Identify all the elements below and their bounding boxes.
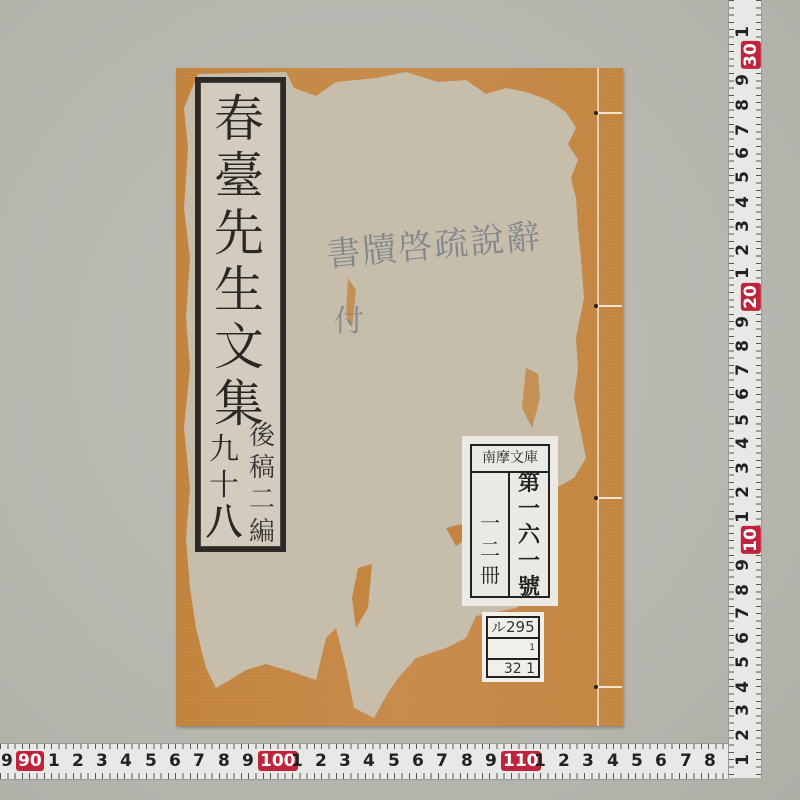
ruler-number: 2	[733, 729, 753, 741]
handwritten-note-line2: 付	[334, 296, 364, 340]
ruler-number: 6	[733, 147, 753, 159]
horizontal-ruler: 99012345678910012345678911012345678	[0, 743, 728, 780]
ruler-number: 20	[741, 283, 761, 311]
ruler-number: 9	[1, 751, 13, 771]
ruler-number: 1	[534, 751, 546, 771]
ruler-number: 2	[72, 751, 84, 771]
binding-stitch	[594, 686, 622, 689]
volume-count-char: 冊	[480, 562, 500, 588]
ruler-number: 1	[733, 267, 753, 279]
ruler-number: 3	[96, 751, 108, 771]
ruler-number: 3	[733, 704, 753, 716]
title-char: 臺	[214, 148, 264, 205]
catalog-char: 六	[518, 522, 540, 548]
ruler-number: 5	[733, 171, 753, 183]
subtitle: 後 稿 二 編	[249, 420, 275, 548]
ruler-number: 8	[733, 584, 753, 596]
ruler-number: 9	[733, 74, 753, 86]
ruler-number: 8	[461, 751, 473, 771]
ruler-number: 9	[242, 751, 254, 771]
ruler-number: 3	[582, 751, 594, 771]
book-title: 春 臺 先 生 文 集	[209, 91, 269, 433]
ruler-number: 7	[733, 607, 753, 619]
ruler-number: 6	[733, 388, 753, 400]
volume-char: 十	[209, 468, 239, 504]
ruler-number: 7	[436, 751, 448, 771]
ruler-number: 3	[733, 462, 753, 474]
volume-count: 一 二 冊	[472, 473, 510, 596]
title-char: 生	[214, 262, 264, 319]
subtitle-char: 稿	[249, 452, 275, 484]
volume-count-char: 一	[480, 510, 500, 536]
volume-number: 九 十 八	[206, 432, 242, 540]
ruler-number: 6	[169, 751, 181, 771]
ruler-number: 5	[631, 751, 643, 771]
ruler-number: 4	[733, 681, 753, 693]
library-label: 南摩文庫 第 一 六 一 號 一 二 冊	[462, 436, 558, 606]
ruler-number: 9	[485, 751, 497, 771]
book-cover: 春 臺 先 生 文 集 九 十 八 後 稿 二 編 書牘啓疏說辭 付 南摩文庫 …	[176, 68, 623, 726]
catalog-number: 第 一 六 一 號	[510, 473, 548, 596]
ruler-number: 9	[733, 316, 753, 328]
ruler-number: 7	[680, 751, 692, 771]
binding-stitch	[594, 112, 622, 115]
ruler-number: 6	[655, 751, 667, 771]
ruler-number: 90	[16, 751, 44, 771]
call-number-row: 1	[488, 639, 538, 660]
ruler-number: 4	[120, 751, 132, 771]
ruler-number: 1	[291, 751, 303, 771]
ruler-number: 4	[733, 196, 753, 208]
catalog-char: 號	[518, 574, 540, 600]
catalog-char: 一	[518, 548, 540, 574]
catalog-char: 第	[518, 470, 540, 496]
binding-stitch	[594, 305, 622, 308]
volume-char: 九	[209, 432, 239, 468]
call-number-sticker: ル295 1 32 1	[482, 612, 544, 682]
ruler-number: 10	[741, 526, 761, 554]
ruler-number: 2	[315, 751, 327, 771]
ruler-number: 3	[339, 751, 351, 771]
ruler-number: 1	[48, 751, 60, 771]
ruler-number: 5	[388, 751, 400, 771]
binding-stitch	[594, 497, 622, 500]
call-number-row: ル295	[488, 618, 538, 639]
ruler-number: 7	[193, 751, 205, 771]
library-label-frame: 南摩文庫 第 一 六 一 號 一 二 冊	[470, 444, 550, 598]
vertical-ruler: 1309876543212098765432110987654321	[728, 0, 762, 778]
ruler-number: 1	[733, 26, 753, 38]
ruler-number: 6	[412, 751, 424, 771]
ruler-number: 1	[733, 511, 753, 523]
ruler-number: 4	[733, 437, 753, 449]
ruler-number: 4	[363, 751, 375, 771]
ruler-number: 1	[733, 754, 753, 766]
ruler-number: 5	[145, 751, 157, 771]
ruler-number: 3	[733, 220, 753, 232]
ruler-number: 8	[218, 751, 230, 771]
subtitle-char: 編	[249, 516, 275, 548]
ruler-number: 8	[704, 751, 716, 771]
title-slip: 春 臺 先 生 文 集 九 十 八 後 稿 二 編	[195, 77, 286, 552]
ruler-number: 2	[733, 486, 753, 498]
title-char: 春	[214, 91, 264, 148]
ruler-number: 8	[733, 99, 753, 111]
call-number-row: 32 1	[488, 660, 538, 679]
ruler-number: 6	[733, 632, 753, 644]
spine-fold-line	[597, 68, 599, 726]
call-number-frame: ル295 1 32 1	[486, 616, 540, 678]
ruler-number: 8	[733, 340, 753, 352]
subtitle-char: 後	[249, 420, 275, 452]
ruler-number: 2	[558, 751, 570, 771]
volume-count-char: 二	[480, 536, 500, 562]
title-char: 文	[214, 319, 264, 376]
ruler-number: 5	[733, 414, 753, 426]
volume-char: 八	[206, 504, 242, 540]
ruler-number: 7	[733, 364, 753, 376]
ruler-number: 4	[607, 751, 619, 771]
ruler-number: 7	[733, 124, 753, 136]
title-char: 先	[214, 205, 264, 262]
catalog-char: 一	[518, 496, 540, 522]
ruler-number: 2	[733, 244, 753, 256]
subtitle-char: 二	[249, 484, 275, 516]
ruler-number: 9	[733, 559, 753, 571]
ruler-number: 30	[741, 41, 761, 69]
ruler-number: 5	[733, 656, 753, 668]
